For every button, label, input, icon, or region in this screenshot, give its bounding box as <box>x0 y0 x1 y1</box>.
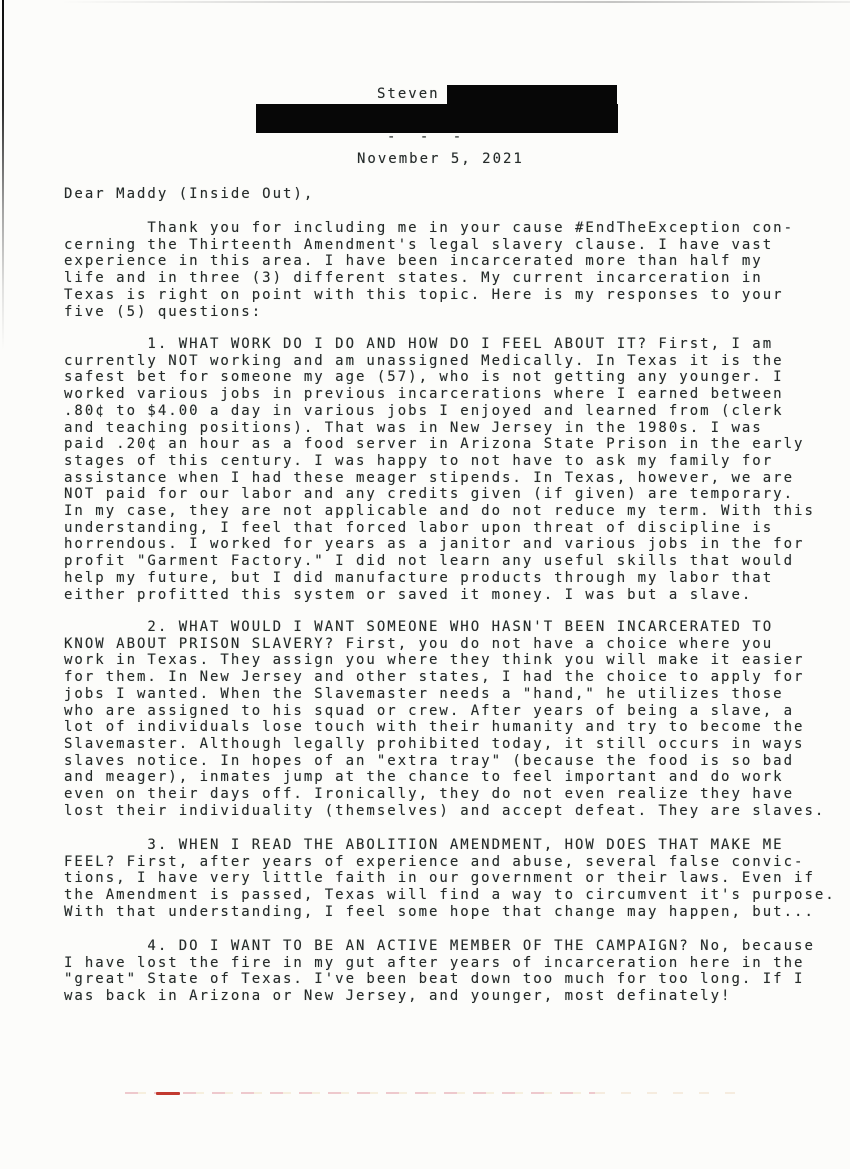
header-separator-dashes: - - - <box>387 129 469 146</box>
scan-red-line-solid-segment <box>156 1092 180 1095</box>
scan-red-line-tail-artifact <box>595 1092 750 1094</box>
paragraph-answer-2: 2. WHAT WOULD I WANT SOMEONE WHO HASN'T … <box>64 619 825 819</box>
paragraph-answer-4: 4. DO I WANT TO BE AN ACTIVE MEMBER OF T… <box>64 938 815 1005</box>
scan-top-edge-artifact <box>60 1 850 3</box>
redaction-box-surname <box>447 85 617 105</box>
salutation: Dear Maddy (Inside Out), <box>64 186 314 203</box>
paragraph-answer-1: 1. WHAT WORK DO I DO AND HOW DO I FEEL A… <box>64 336 815 603</box>
scan-left-edge-artifact <box>2 0 4 350</box>
scan-red-line-artifact <box>125 1092 595 1094</box>
paragraph-answer-3: 3. WHEN I READ THE ABOLITION AMENDMENT, … <box>64 837 836 921</box>
paragraph-intro: Thank you for including me in your cause… <box>64 220 794 320</box>
letter-page: Steven - - - November 5, 2021 Dear Maddy… <box>0 0 850 1169</box>
sender-name: Steven <box>377 86 440 103</box>
letter-date: November 5, 2021 <box>357 151 524 168</box>
